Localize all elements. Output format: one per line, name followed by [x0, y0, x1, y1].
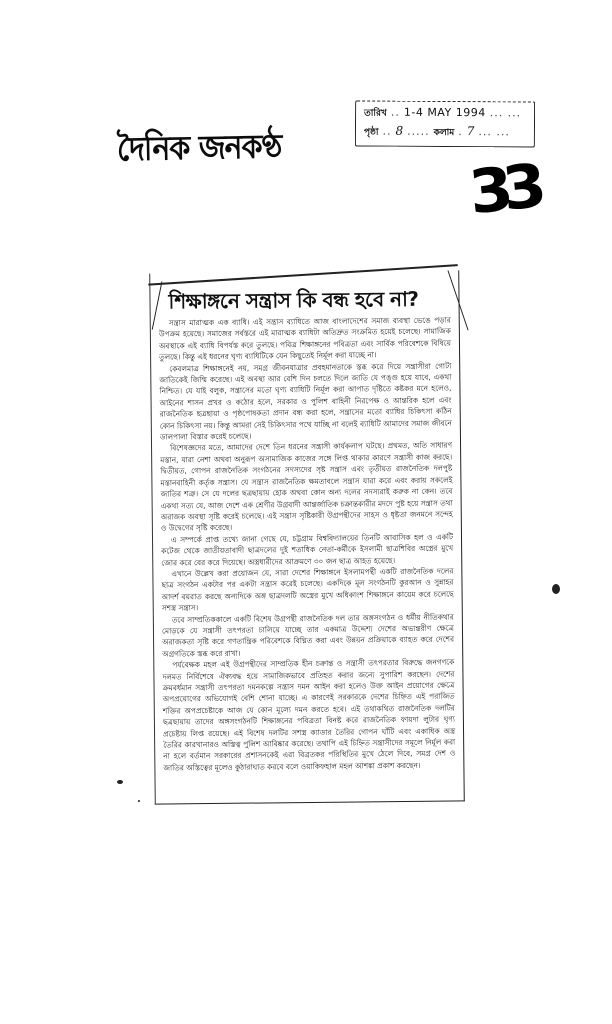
- article-paragraph: এখানে উল্লেখ করা প্রয়োজন যে, সারা দেশের…: [161, 565, 453, 614]
- stamp-column-label: কলাম: [434, 125, 455, 140]
- stamp-date-row: তারিখ .. 1-4 MAY 1994 ... ...: [364, 106, 526, 125]
- article-paragraph: এ সম্পর্কে প্রাপ্ত তথ্যে জানা গেছে যে, চ…: [161, 531, 453, 568]
- stamp-page-value: 8: [396, 124, 404, 138]
- scan-speck: [552, 584, 560, 594]
- stamp-page-label: পৃষ্ঠা: [364, 125, 379, 140]
- stamp-date-label: তারিখ: [364, 106, 387, 121]
- stamp-page-row: পৃষ্ঠা .. 8 ..... কলাম . 7 ... ...: [364, 124, 526, 143]
- article-paragraph: কেবলমাত্র শিক্ষাঙ্গনেই নয়, সমগ্র জীবনযা…: [159, 360, 452, 443]
- article-paragraph: পর্যবেক্ষক মহল এই উগ্রপন্থীদের সাম্প্রতি…: [162, 657, 455, 774]
- scan-speck: [117, 780, 123, 784]
- newspaper-clipping: শিক্ষাঙ্গনে সন্ত্রাস কি বন্ধ হবে না? সন্…: [149, 270, 465, 804]
- article-paragraph: সন্ত্রাস মারাত্মক এক ব্যাধি। এই সন্ত্রাস…: [159, 314, 451, 363]
- stamp-column-value: 7: [467, 124, 475, 138]
- article-body: সন্ত্রাস মারাত্মক এক ব্যাধি। এই সন্ত্রাস…: [159, 314, 456, 773]
- stamp-dots: ... ...: [490, 106, 522, 119]
- article-paragraph: বিশেষজ্ঞদের মতে, আমাদের দেশে তিন ধরনের স…: [160, 440, 453, 534]
- handwritten-page-number: 33: [466, 157, 539, 224]
- newspaper-masthead: দৈনিক জনকণ্ঠ: [117, 120, 282, 179]
- article-paragraph: তবে সাম্প্রতিককালে একটি বিশেষ উগ্রপন্থী …: [162, 611, 454, 660]
- scan-speck: [138, 800, 140, 802]
- clipping-date-stamp: তারিখ .. 1-4 MAY 1994 ... ... পৃষ্ঠা .. …: [355, 101, 535, 148]
- stamp-date-value: 1-4 MAY 1994: [404, 106, 486, 119]
